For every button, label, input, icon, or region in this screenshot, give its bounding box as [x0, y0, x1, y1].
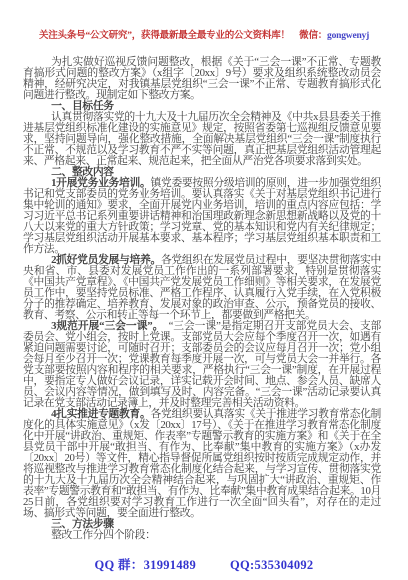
- section2-item-4: 4扎实推进专题教育。各党组织要认真落实《关于推进学习教育常态化制度化的具体实施意…: [23, 409, 381, 519]
- section1-paragraph: 认真贯彻落实党的十九大及十九届历次全会精神及《中共x县县委关于推进基层党组织标准…: [23, 112, 381, 167]
- qq-label: QQ:: [230, 558, 255, 572]
- item-4-text: 各党组织要认真落实《关于推进学习教育常态化制度化的具体实施意见》（x发〔20xx…: [23, 408, 381, 519]
- document-page: 关注头条号“公文研究”，获得最新最全最专业的公文资料库！ 微信：gongweny…: [0, 0, 408, 580]
- document-body: 为扎实做好巡视反馈问题整改，根据《关于“三会一课”不正常、专题教育搞形式问题的整…: [23, 57, 381, 541]
- qq-group-label: QQ 群：: [95, 558, 144, 572]
- wechat-id: gongwenyj: [327, 31, 369, 41]
- item-2-text: 各党组织在发展党员过程中，要坚决贯彻落实中央和省、市、县委对发展党员工作作出的一…: [23, 254, 381, 321]
- item-3-text: “三会一课”是指定期召开支部党员大会、支部委员会、党小组会，按时上党课。支部党员…: [23, 320, 381, 409]
- wechat-label: 微信：: [290, 31, 327, 41]
- promo-text: 关注头条号“公文研究”，获得最新最全最专业的公文资料库！: [39, 31, 290, 41]
- qq-number: 535304092: [255, 558, 314, 572]
- promo-header: 关注头条号“公文研究”，获得最新最全最专业的公文资料库！ 微信：gongweny…: [0, 0, 408, 41]
- item-1-text: 镇党委要按照分级培训的原则，进一步加强党组织书记和党支部委员的党务业务培训。要认…: [23, 177, 381, 255]
- section2-item-1: 1开展党务业务培训。镇党委要按照分级培训的原则，进一步加强党组织书记和党支部委员…: [23, 178, 381, 255]
- section3-paragraph: 整改工作分四个阶段：: [23, 530, 381, 541]
- intro-paragraph: 为扎实做好巡视反馈问题整改，根据《关于“三会一课”不正常、专题教育搞形式问题的整…: [23, 57, 381, 101]
- qq-group-number: 31991489: [144, 558, 196, 572]
- section2-item-3: 3规范开展“三会一课”。 “三会一课”是指定期召开支部党员大会、支部委员会、党小…: [23, 321, 381, 409]
- section2-item-2: 2抓好党员发展与培养。各党组织在发展党员过程中，要坚决贯彻落实中央和省、市、县委…: [23, 255, 381, 321]
- qq-footer: QQ 群：31991489QQ:535304092: [0, 555, 408, 573]
